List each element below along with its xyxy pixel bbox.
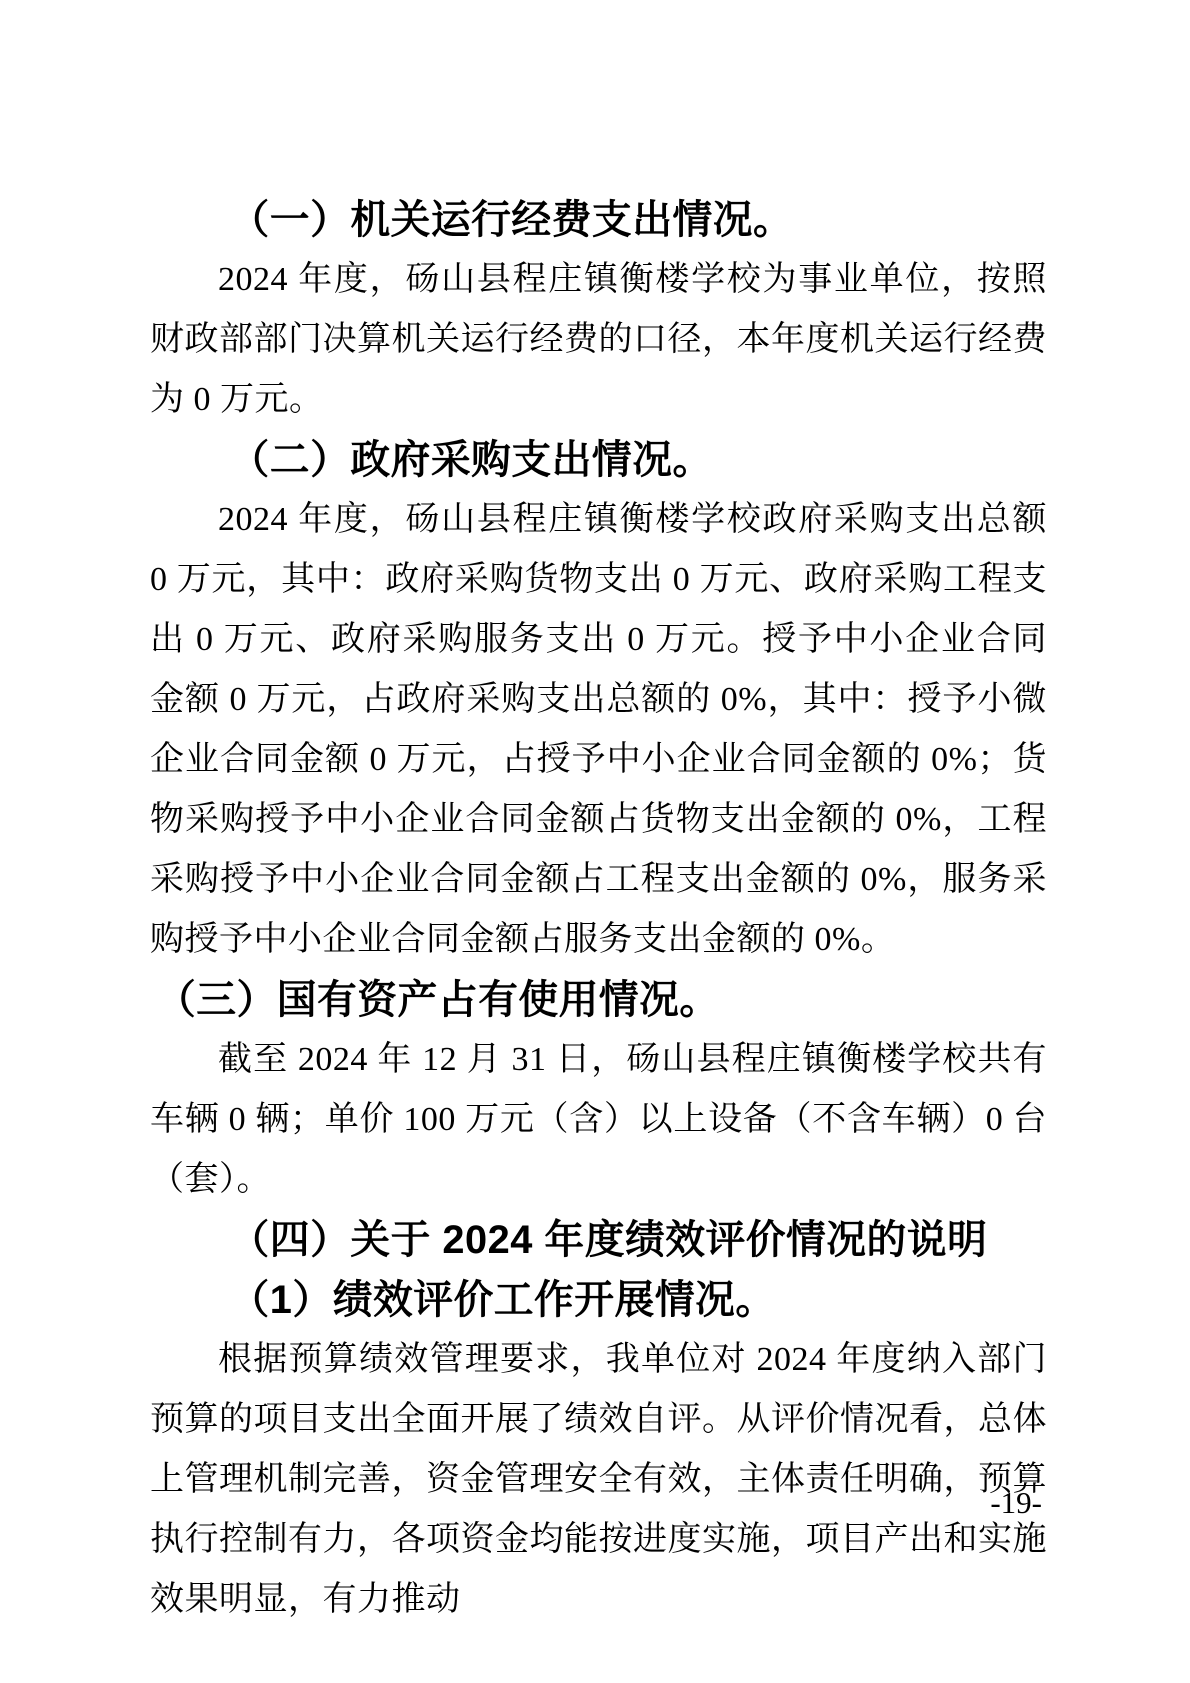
section-heading-performance-evaluation: （四）关于 2024 年度绩效评价情况的说明 [150, 1210, 1047, 1270]
subsection-heading-performance-evaluation-work: （1）绩效评价工作开展情况。 [150, 1270, 1047, 1330]
document-page: （一）机关运行经费支出情况。 2024 年度，砀山县程庄镇衡楼学校为事业单位，按… [0, 0, 1190, 1683]
paragraph-agency-operating-expense: 2024 年度，砀山县程庄镇衡楼学校为事业单位，按照财政部部门决算机关运行经费的… [150, 250, 1047, 430]
page-number: -19- [990, 1483, 1042, 1523]
section-heading-government-procurement: （二）政府采购支出情况。 [150, 430, 1047, 490]
document-text-block: （一）机关运行经费支出情况。 2024 年度，砀山县程庄镇衡楼学校为事业单位，按… [150, 190, 1047, 1630]
section-heading-state-owned-assets: （三）国有资产占有使用情况。 [150, 970, 1047, 1030]
section-heading-agency-operating-expense: （一）机关运行经费支出情况。 [150, 190, 1047, 250]
paragraph-government-procurement: 2024 年度，砀山县程庄镇衡楼学校政府采购支出总额 0 万元，其中：政府采购货… [150, 490, 1047, 970]
paragraph-performance-evaluation: 根据预算绩效管理要求，我单位对 2024 年度纳入部门预算的项目支出全面开展了绩… [150, 1330, 1047, 1630]
paragraph-state-owned-assets: 截至 2024 年 12 月 31 日，砀山县程庄镇衡楼学校共有车辆 0 辆；单… [150, 1030, 1047, 1210]
